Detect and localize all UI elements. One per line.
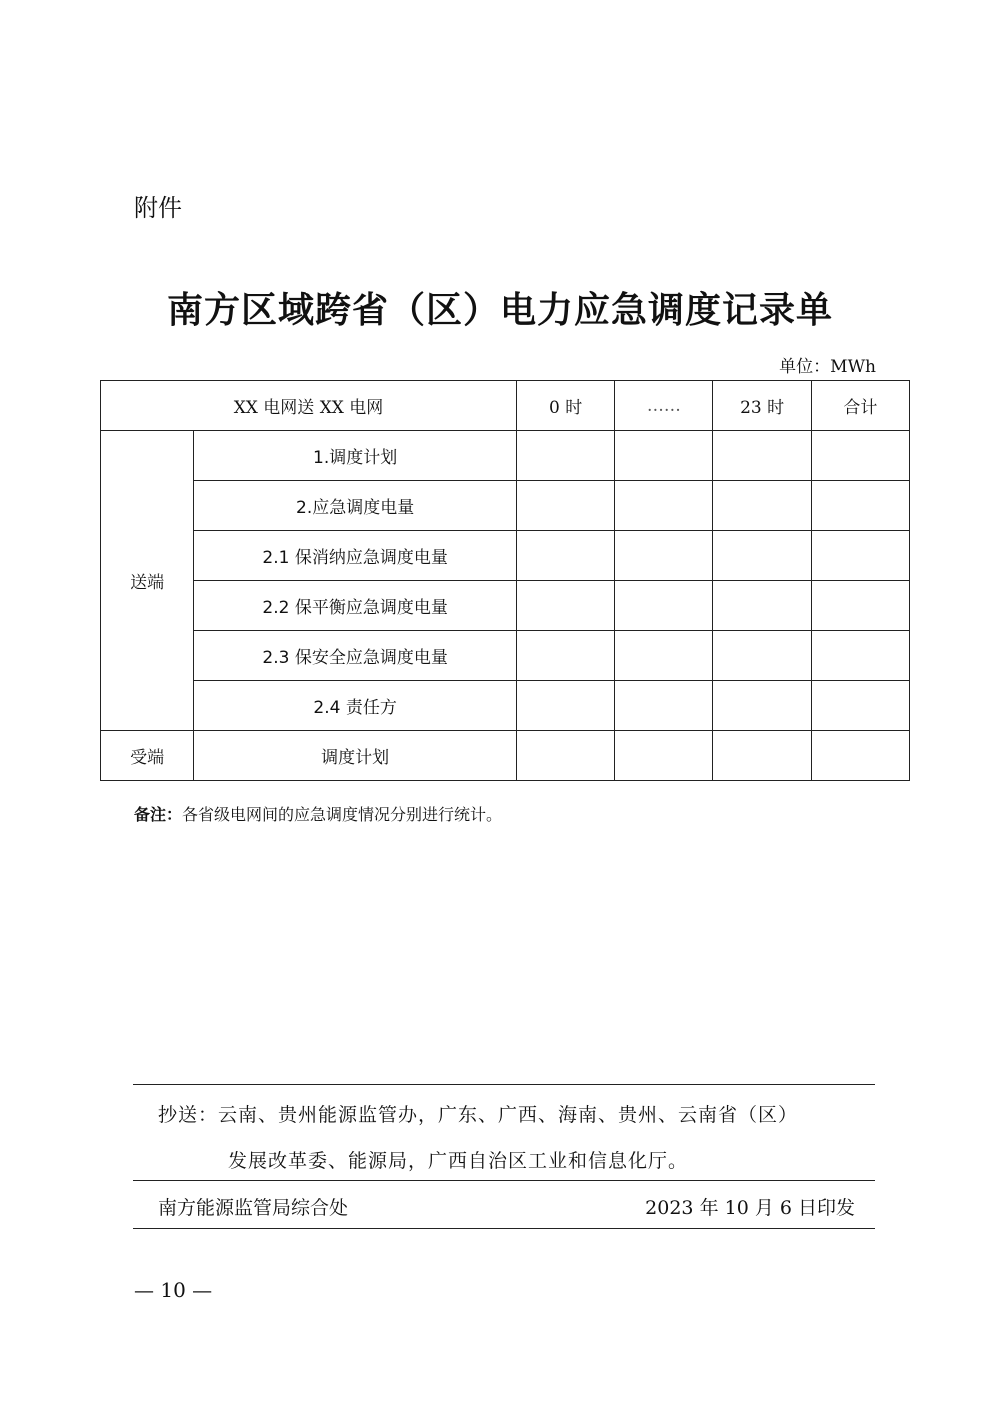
group-label-sender: 送端	[101, 431, 194, 731]
divider	[133, 1228, 875, 1229]
table-row: 2.1 保消纳应急调度电量	[101, 531, 910, 581]
group-label-receiver: 受端	[101, 731, 194, 781]
cell[interactable]	[615, 631, 713, 681]
cell[interactable]	[517, 731, 615, 781]
column-header-hour23: 23 时	[713, 381, 811, 431]
table-row: 2.4 责任方	[101, 681, 910, 731]
cell[interactable]	[713, 731, 811, 781]
cell[interactable]	[615, 481, 713, 531]
cell[interactable]	[811, 431, 909, 481]
cell[interactable]	[713, 531, 811, 581]
column-header-ellipsis: ……	[615, 381, 713, 431]
cell[interactable]	[811, 631, 909, 681]
issue-date: 2023 年 10 月 6 日印发	[645, 1193, 855, 1220]
column-header-total: 合计	[811, 381, 909, 431]
cell[interactable]	[517, 631, 615, 681]
row-label: 2.1 保消纳应急调度电量	[194, 531, 517, 581]
row-label: 2.应急调度电量	[194, 481, 517, 531]
cell[interactable]	[615, 581, 713, 631]
cell[interactable]	[615, 681, 713, 731]
table-row: 2.应急调度电量	[101, 481, 910, 531]
cell[interactable]	[517, 581, 615, 631]
cell[interactable]	[615, 731, 713, 781]
cell[interactable]	[811, 731, 909, 781]
remark-label: 备注：	[134, 805, 182, 824]
cc-line-2: 发展改革委、能源局，广西自治区工业和信息化厅。	[228, 1146, 688, 1173]
table-row: 送端 1.调度计划	[101, 431, 910, 481]
cell[interactable]	[811, 481, 909, 531]
dispatch-record-table: XX 电网送 XX 电网 0 时 …… 23 时 合计 送端 1.调度计划 2.…	[100, 380, 910, 781]
cell[interactable]	[615, 531, 713, 581]
cell[interactable]	[713, 681, 811, 731]
column-header-hour0: 0 时	[517, 381, 615, 431]
cell[interactable]	[517, 431, 615, 481]
cell[interactable]	[713, 581, 811, 631]
table-row: 受端 调度计划	[101, 731, 910, 781]
cell[interactable]	[517, 481, 615, 531]
attachment-label: 附件	[134, 188, 182, 223]
table-header-row: XX 电网送 XX 电网 0 时 …… 23 时 合计	[101, 381, 910, 431]
cell[interactable]	[811, 581, 909, 631]
table-row: 2.2 保平衡应急调度电量	[101, 581, 910, 631]
divider	[133, 1180, 875, 1181]
cell[interactable]	[811, 681, 909, 731]
document-title: 南方区域跨省（区）电力应急调度记录单	[0, 282, 1000, 333]
issuer: 南方能源监管局综合处	[158, 1193, 348, 1220]
remark: 备注：各省级电网间的应急调度情况分别进行统计。	[134, 802, 502, 825]
table-row: 2.3 保安全应急调度电量	[101, 631, 910, 681]
column-header-grid: XX 电网送 XX 电网	[101, 381, 517, 431]
page-number: — 10 —	[134, 1278, 212, 1302]
cell[interactable]	[713, 481, 811, 531]
row-label: 调度计划	[194, 731, 517, 781]
row-label: 2.4 责任方	[194, 681, 517, 731]
remark-text: 各省级电网间的应急调度情况分别进行统计。	[182, 805, 502, 824]
cell[interactable]	[615, 431, 713, 481]
cell[interactable]	[811, 531, 909, 581]
unit-label: 单位：MWh	[779, 352, 876, 377]
cell[interactable]	[517, 531, 615, 581]
divider	[133, 1084, 875, 1085]
row-label: 1.调度计划	[194, 431, 517, 481]
cell[interactable]	[517, 681, 615, 731]
cell[interactable]	[713, 631, 811, 681]
cell[interactable]	[713, 431, 811, 481]
row-label: 2.2 保平衡应急调度电量	[194, 581, 517, 631]
cc-line-1: 抄送：云南、贵州能源监管办，广东、广西、海南、贵州、云南省（区）	[158, 1100, 798, 1127]
row-label: 2.3 保安全应急调度电量	[194, 631, 517, 681]
